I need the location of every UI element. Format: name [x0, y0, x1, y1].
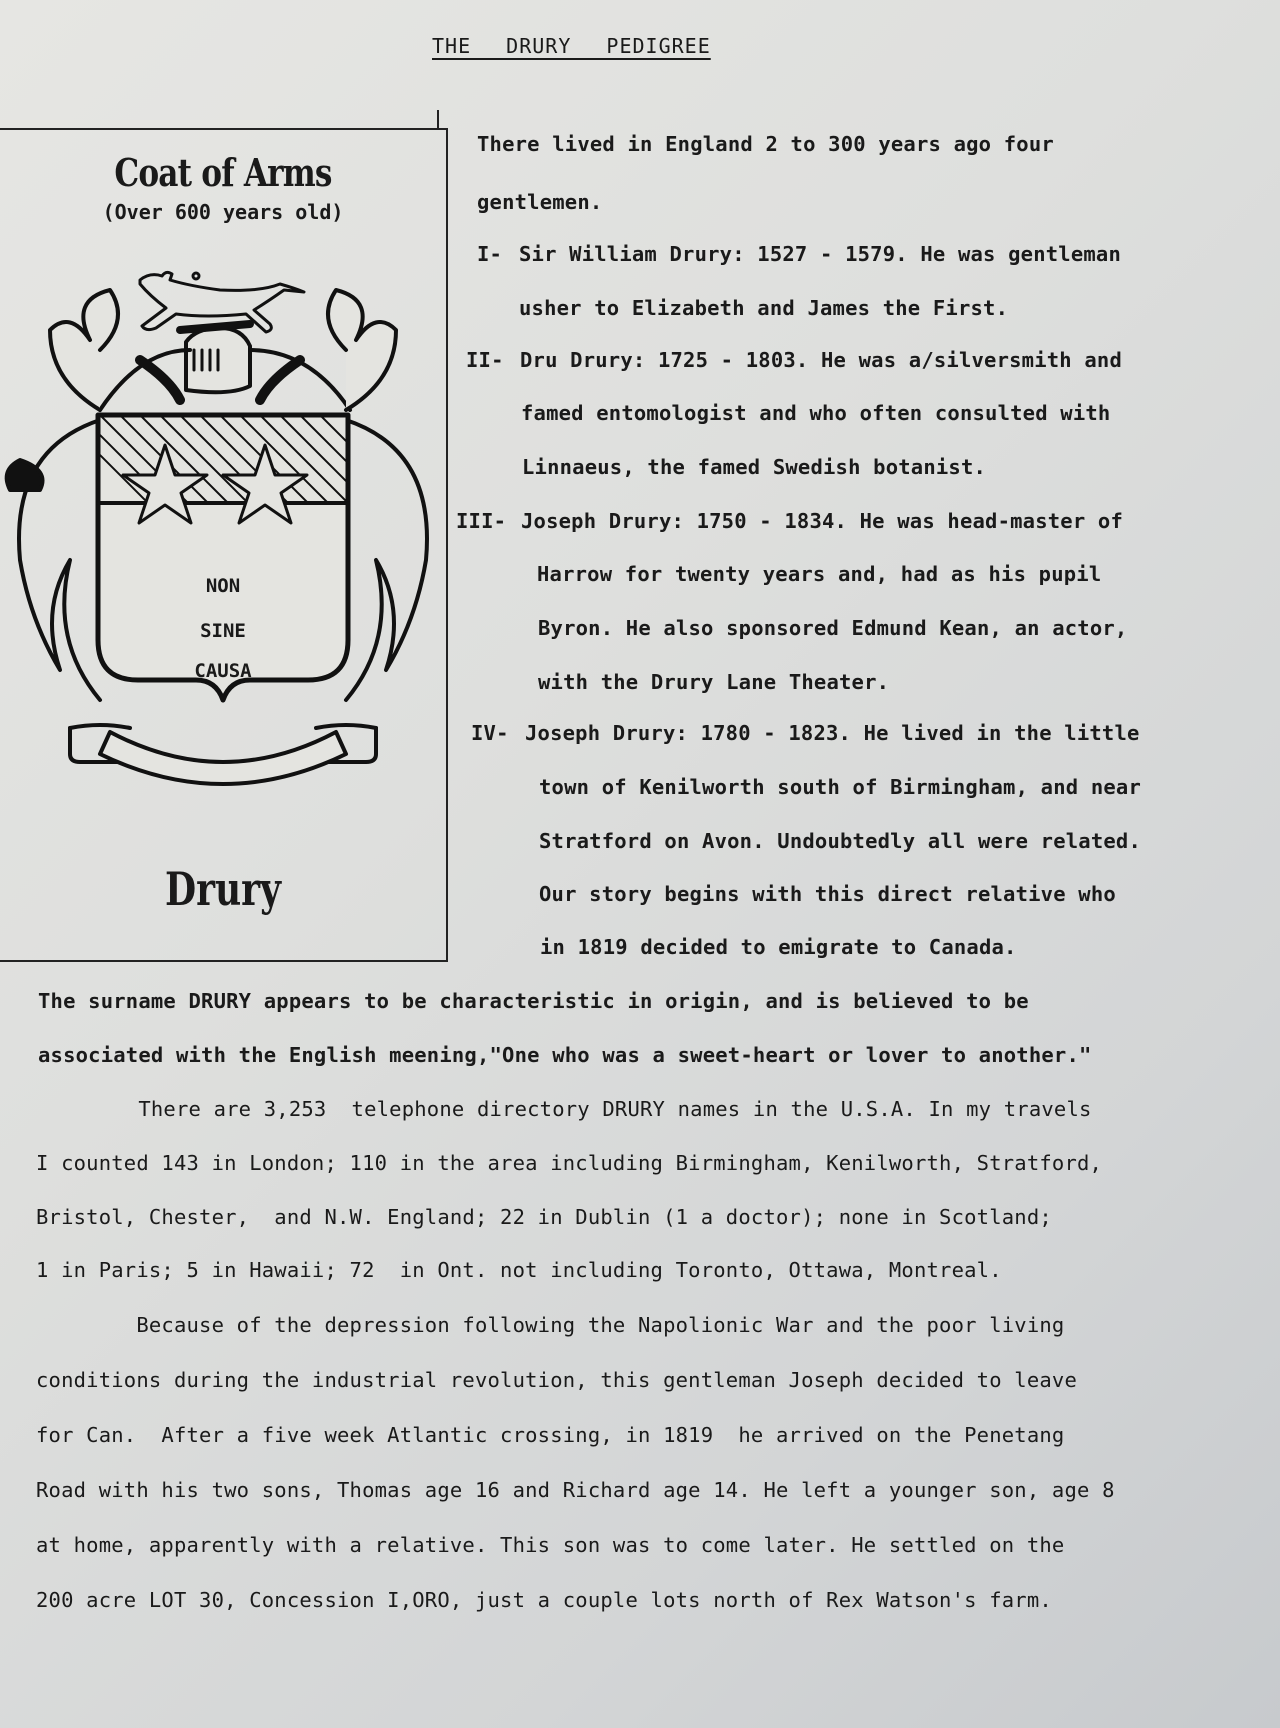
gentleman-line: Sir William Drury: 1527 - 1579. He was g…	[519, 242, 1121, 266]
coat-of-arms-heading: Coat of Arms	[40, 150, 406, 195]
helmet-icon	[180, 324, 250, 392]
gentleman-line: with the Drury Lane Theater.	[538, 670, 889, 694]
gentleman-numeral: III-	[456, 509, 506, 533]
gentleman-line: Our story begins with this direct relati…	[539, 882, 1116, 906]
gentleman-numeral: II-	[466, 348, 504, 372]
emigration-paragraph-line: at home, apparently with a relative. Thi…	[36, 1533, 1064, 1557]
coat-of-arms-subheading: (Over 600 years old)	[0, 200, 446, 224]
directory-paragraph-line: Bristol, Chester, and N.W. England; 22 i…	[36, 1205, 1052, 1229]
emigration-paragraph-line: conditions during the industrial revolut…	[36, 1368, 1077, 1392]
gentleman-numeral: I-	[477, 242, 502, 266]
gentleman-line: Stratford on Avon. Undoubtedly all were …	[539, 829, 1141, 853]
scroll-icon	[70, 725, 376, 784]
page-title: THE DRURY PEDIGREE	[432, 34, 711, 58]
surname-paragraph-line: The surname DRURY appears to be characte…	[38, 989, 1029, 1013]
panel-divider	[437, 110, 439, 130]
coat-of-arms-family-name: Drury	[49, 862, 397, 916]
gentleman-line: usher to Elizabeth and James the First.	[519, 296, 1008, 320]
directory-paragraph-line: I counted 143 in London; 110 in the area…	[36, 1151, 1102, 1175]
emigration-paragraph-line: for Can. After a five week Atlantic cros…	[36, 1423, 1064, 1447]
emigration-paragraph-line: 200 acre LOT 30, Concession I,ORO, just …	[36, 1588, 1052, 1612]
motto-line: NON	[150, 575, 296, 597]
gentleman-line: in 1819 decided to emigrate to Canada.	[540, 935, 1017, 959]
gentleman-line: Harrow for twenty years and, had as his …	[537, 562, 1101, 586]
emigration-paragraph-line: Road with his two sons, Thomas age 16 an…	[36, 1478, 1115, 1502]
intro-line: There lived in England 2 to 300 years ag…	[477, 132, 1054, 156]
gentleman-numeral: IV-	[471, 721, 509, 745]
gentleman-line: famed entomologist and who often consult…	[521, 401, 1110, 425]
gentleman-line: Dru Drury: 1725 - 1803. He was a/silvers…	[520, 348, 1122, 372]
gentleman-line: Linnaeus, the famed Swedish botanist.	[522, 455, 986, 479]
intro-line: gentlemen.	[477, 190, 602, 214]
emigration-paragraph-line: Because of the depression following the …	[36, 1313, 1064, 1337]
motto-line: SINE	[150, 620, 296, 642]
gentleman-line: town of Kenilworth south of Birmingham, …	[539, 775, 1141, 799]
gentleman-line: Joseph Drury: 1780 - 1823. He lived in t…	[525, 721, 1140, 745]
surname-paragraph-line: associated with the English meening,"One…	[38, 1043, 1092, 1067]
gentleman-line: Byron. He also sponsored Edmund Kean, an…	[538, 616, 1127, 640]
directory-paragraph-line: 1 in Paris; 5 in Hawaii; 72 in Ont. not …	[36, 1258, 1002, 1282]
directory-paragraph-line: There are 3,253 telephone directory DRUR…	[38, 1097, 1092, 1121]
motto-line: CAUSA	[150, 660, 296, 682]
gentleman-line: Joseph Drury: 1750 - 1834. He was head-m…	[521, 509, 1123, 533]
shield-icon	[60, 415, 410, 700]
coat-of-arms-illustration	[0, 250, 446, 810]
